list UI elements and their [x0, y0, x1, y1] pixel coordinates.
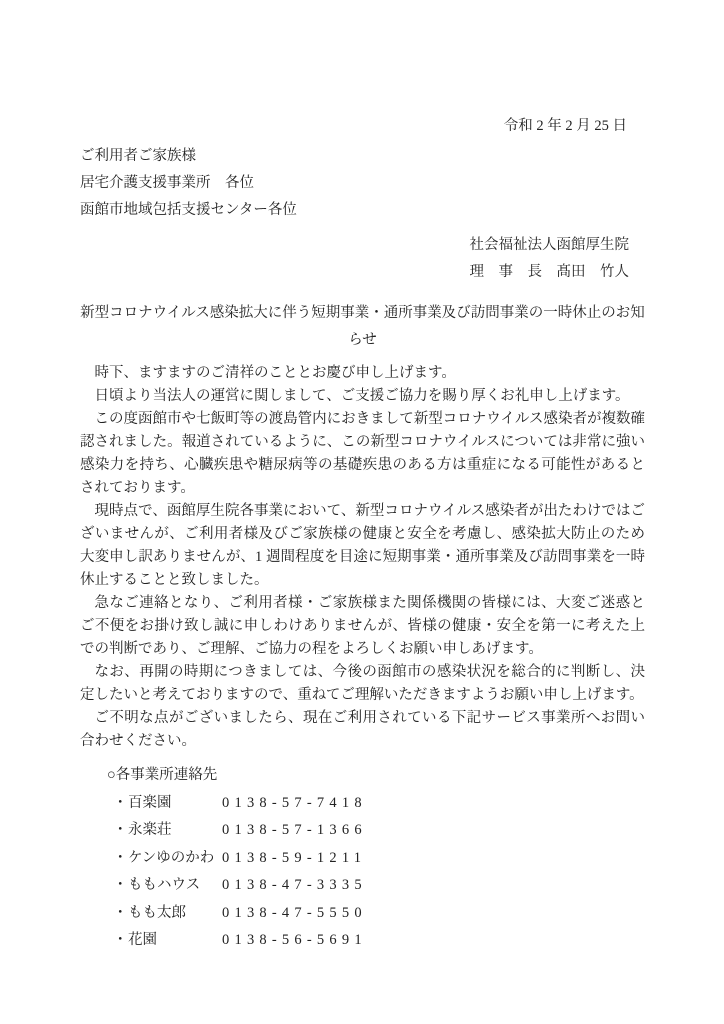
paragraph-outbreak: この度函館市や七飯町等の渡島管内におきまして新型コロナウイルス感染者が複数確認さ… — [80, 408, 645, 500]
bullet-icon: ・ — [113, 927, 128, 955]
recipient-block: ご利用者ご家族様 居宅介護支援事業所 各位 函館市地域包括支援センター各位 — [80, 143, 645, 224]
document-page: 令和 2 年 2 月 25 日 ご利用者ご家族様 居宅介護支援事業所 各位 函館… — [0, 0, 724, 1024]
document-date: 令和 2 年 2 月 25 日 — [80, 113, 645, 140]
contact-name: 百楽園 — [128, 790, 222, 818]
bullet-icon: ・ — [113, 872, 128, 900]
contact-row: ・ 花園 0138-56-5691 — [80, 927, 645, 955]
contact-name: ももハウス — [128, 872, 222, 900]
bullet-icon: ・ — [113, 790, 128, 818]
body-text: 時下、ますますのご清祥のこととお慶び申し上げます。 日頃より当法人の運営に関しま… — [80, 362, 645, 753]
bullet-icon: ・ — [113, 817, 128, 845]
contact-phone: 0138-59-1211 — [222, 845, 366, 873]
contact-name: 花園 — [128, 927, 222, 955]
contact-row: ・ ももハウス 0138-47-3335 — [80, 872, 645, 900]
contact-row: ・ もも太郎 0138-47-5550 — [80, 900, 645, 928]
contact-row: ・ 永楽荘 0138-57-1366 — [80, 817, 645, 845]
paragraph-resumption: なお、再開の時期につきましては、今後の函館市の感染状況を総合的に判断し、決定した… — [80, 661, 645, 707]
contact-section: ○各事業所連絡先 ・ 百楽園 0138-57-7418 ・ 永楽荘 0138-5… — [80, 762, 645, 955]
paragraph-apology: 急なご連絡となり、ご利用者様・ご家族様また関係機関の皆様には、大変ご迷惑とご不便… — [80, 592, 645, 661]
contact-name: ケンゆのかわ — [128, 845, 222, 873]
paragraph-greeting: 時下、ますますのご清祥のこととお慶び申し上げます。 — [80, 362, 645, 385]
contact-row: ・ ケンゆのかわ 0138-59-1211 — [80, 845, 645, 873]
bullet-icon: ・ — [113, 900, 128, 928]
contact-name: 永楽荘 — [128, 817, 222, 845]
paragraph-thanks: 日頃より当法人の運営に関しまして、ご支援ご協力を賜り厚くお礼申し上げます。 — [80, 385, 645, 408]
sender-block: 社会福祉法人函館厚生院 理 事 長 髙田 竹人 — [80, 232, 645, 286]
recipient-line: 函館市地域包括支援センター各位 — [80, 197, 645, 224]
contact-row: ・ 百楽園 0138-57-7418 — [80, 790, 645, 818]
sender-signer: 理 事 長 髙田 竹人 — [80, 259, 629, 286]
contact-phone: 0138-56-5691 — [222, 927, 367, 955]
recipient-line: ご利用者ご家族様 — [80, 143, 645, 170]
bullet-icon: ・ — [113, 845, 128, 873]
paragraph-suspension: 現時点で、函館厚生院各事業において、新型コロナウイルス感染者が出たわけではござい… — [80, 500, 645, 592]
document-title: 新型コロナウイルス感染拡大に伴う短期事業・通所事業及び訪問事業の一時休止のお知ら… — [80, 300, 645, 354]
paragraph-inquiry: ご不明な点がございましたら、現在ご利用されている下記サービス事業所へお問い合わせ… — [80, 707, 645, 753]
contact-heading: ○各事業所連絡先 — [80, 762, 645, 790]
recipient-line: 居宅介護支援事業所 各位 — [80, 170, 645, 197]
contact-name: もも太郎 — [128, 900, 222, 928]
contact-phone: 0138-57-7418 — [222, 790, 367, 818]
contact-phone: 0138-47-3335 — [222, 872, 367, 900]
contact-phone: 0138-57-1366 — [222, 817, 367, 845]
contact-phone: 0138-47-5550 — [222, 900, 367, 928]
sender-organization: 社会福祉法人函館厚生院 — [80, 232, 629, 259]
